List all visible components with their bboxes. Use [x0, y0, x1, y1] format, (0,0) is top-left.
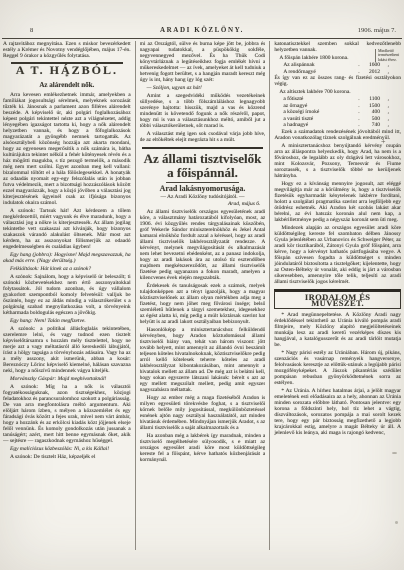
body-paragraph: Mindezek alapján az országos egyesület a…: [274, 225, 401, 285]
rent-value: 400: [364, 109, 380, 115]
rent-row: a vasúti tiszté . 500 ,: [274, 116, 401, 122]
arts-news-item: * Az Uránia. A hírhez hatalmas árjai, a …: [274, 388, 401, 436]
byline: — Az Aradi Közlöny tudósítójától. —: [140, 194, 266, 200]
body-paragraph: Hasonlóképp a minisztertanácshoz felküld…: [140, 327, 266, 393]
interjection-line: Egy hang (jobbra): Hogyisne! Majd megsza…: [3, 252, 131, 264]
rent-row: a főtiszté . 1100 ,: [274, 96, 401, 102]
arts-section-box: IRODALOM ÉS MŰVÉSZET.: [274, 289, 401, 310]
rent-value: 500: [364, 116, 380, 122]
rent-label: Az alispánnak: [283, 62, 354, 68]
body-paragraph: A szónok: Míg ha a nők is választói fogy…: [3, 384, 131, 444]
rent-value: 740: [364, 122, 380, 128]
arts-news-item: * Arad megünnepeltetése. A Közlöny Aradi…: [274, 312, 401, 348]
rent-label: az őrnagyé: [283, 103, 354, 109]
margin-note-line: természetbeni: [378, 53, 401, 57]
header-rule: [2, 38, 402, 39]
row-comma: ,: [380, 96, 389, 102]
article-rule: [142, 147, 264, 149]
headline-line: Az állami tisztviselők: [140, 152, 266, 166]
column-divider: [269, 41, 270, 550]
body-paragraph: A minisztertanácshoz benyújtandó kérvény…: [274, 143, 401, 179]
rent-row: Az alispánnak . 1600 ,: [274, 62, 401, 68]
rent-label: a községi írnoké: [283, 109, 354, 115]
body-paragraph: Amint a szegedvidéki működés vezetékeine…: [140, 93, 266, 129]
body-paragraph: A szónok: Tartsuk hát! Azt kérdezem a tő…: [3, 208, 131, 250]
continuation-paragraph: A rajtavitához megnyitása. Ezen s miskor…: [3, 41, 131, 59]
article-headline: Az állami tisztviselők a főispánnál.: [140, 152, 266, 179]
column-left: A rajtavitához megnyitása. Ezen s miskor…: [3, 41, 131, 550]
article-subtitle: Arad lakásnyomorusága.: [140, 186, 266, 192]
rent-label: A rendőrnagyé: [283, 69, 354, 75]
body-paragraph: Arra kevesen emlékezhetnek immár, amelye…: [3, 92, 131, 206]
rent-value: 1600: [364, 62, 380, 68]
leader-dot: .: [354, 62, 364, 68]
rent-lead: Az altisztek lakbére 700 korona.: [274, 89, 401, 95]
body-paragraph: A szónok: a politikai állásfoglalás teki…: [3, 326, 131, 374]
newspaper-page: 8 ARADI KÖZLÖNY. 1906. május 7. A rajtav…: [0, 0, 404, 570]
interjection-line: Egy hang: Nem! Talán megfizetve.: [3, 318, 131, 324]
interjection-line: Egy malíciózus közbeszólás: Ni, a kis Ká…: [3, 446, 131, 452]
body-paragraph: A választást még igen sok csodával várja…: [140, 131, 266, 143]
interjection-line: Felkiáltások: Hát kinek az a szónok?: [3, 266, 131, 272]
row-comma: ,: [380, 103, 389, 109]
rent-row: az őrnagyé . 1500 ,: [274, 103, 401, 109]
body-paragraph: A szónok: De tisztelt Ház, képzeljék el: [3, 454, 131, 460]
headline-line: a főispánnál.: [140, 166, 266, 180]
section-subtitle: Az alárendelt nők.: [3, 82, 131, 88]
leader-dot: .: [354, 122, 364, 128]
rent-value: 2012: [364, 69, 380, 75]
interjection-line: Morvánszky Gáspár: Majd meghívottaknál!: [3, 376, 131, 382]
rent-row: A rendőrnagyé . 2012 ,: [274, 69, 401, 75]
row-comma: ,: [380, 62, 389, 68]
leader-dot: .: [354, 69, 364, 75]
body-paragraph: Hogy ez a kívánság mennyire jogosult, az…: [274, 181, 401, 223]
row-comma: ,: [380, 109, 389, 115]
row-comma: ,: [380, 116, 389, 122]
rent-value: 1100: [364, 96, 380, 102]
page-header: 8 ARADI KÖZLÖNY. 1906. május 7.: [0, 25, 404, 36]
body-paragraph: És így van ez az összes rang- és fizetés…: [274, 75, 401, 87]
body-paragraph: Érdekesek és tanulságosak ezek a számok,…: [140, 283, 266, 325]
rent-label: a főtiszté: [283, 96, 354, 102]
body-paragraph: Ha azonban még a lakbérek így maradnak, …: [140, 433, 266, 463]
row-comma: ,: [380, 122, 389, 128]
scan-artifact: [395, 521, 398, 524]
margin-note-line: lakást élvez.: [378, 58, 401, 62]
issue-date: 1906. május 7.: [358, 27, 396, 34]
column-middle: mi az Országtól, sülve és burna képe jöt…: [140, 41, 266, 550]
continuation-paragraph: mi az Országtól, sülve és burna képe jöt…: [140, 41, 266, 83]
leader-dot: .: [354, 116, 364, 122]
scan-artifact-plus: +: [381, 137, 386, 146]
rent-row: a községi írnoké . 400 ,: [274, 109, 401, 115]
leader-dot: .: [354, 109, 364, 115]
body-paragraph: A szónok: Sajnálom, hogy a képviselő úr …: [3, 274, 131, 316]
leader-dot: .: [354, 103, 364, 109]
rent-table-subalterns: Az altisztek lakbére 700 korona. a főtis…: [274, 89, 401, 128]
row-comma: ,: [380, 69, 389, 75]
rent-value: 1500: [364, 103, 380, 109]
column-right: katonatisztekkel szemben sokkal kedvezőt…: [274, 41, 401, 550]
headline-rule: [166, 182, 239, 183]
margin-note: Mindkettő természetbeni lakást élvez.: [375, 49, 401, 62]
column-area: A rajtavitához megnyitása. Ezen s miskor…: [3, 41, 401, 550]
scan-artifact: [392, 452, 397, 454]
interjection-line: — Szóljon, ugyan az hát!: [140, 85, 266, 91]
arts-section-title: IRODALOM ÉS MŰVÉSZET.: [277, 294, 398, 306]
body-paragraph: Az állami tisztviselők országos egyesüle…: [140, 209, 266, 281]
body-paragraph: Hogy az ember még a maga fizetéséből Ara…: [140, 395, 266, 431]
rent-label: a vasúti tiszté: [283, 116, 354, 122]
rent-row: a hadnagyé . 740 ,: [274, 122, 401, 128]
masthead-title: ARADI KÖZLÖNY.: [0, 26, 404, 34]
rent-label: a hadnagyé: [283, 122, 354, 128]
leader-dot: .: [354, 96, 364, 102]
column-divider: [135, 41, 136, 550]
arts-news-item: * Nagy párisi estély az Urániában. Három…: [274, 350, 401, 386]
rent-table-officials: A főispán lakbére 1800 korona. Mindkettő…: [274, 55, 401, 75]
dateline: Arad, május 6.: [140, 201, 266, 207]
